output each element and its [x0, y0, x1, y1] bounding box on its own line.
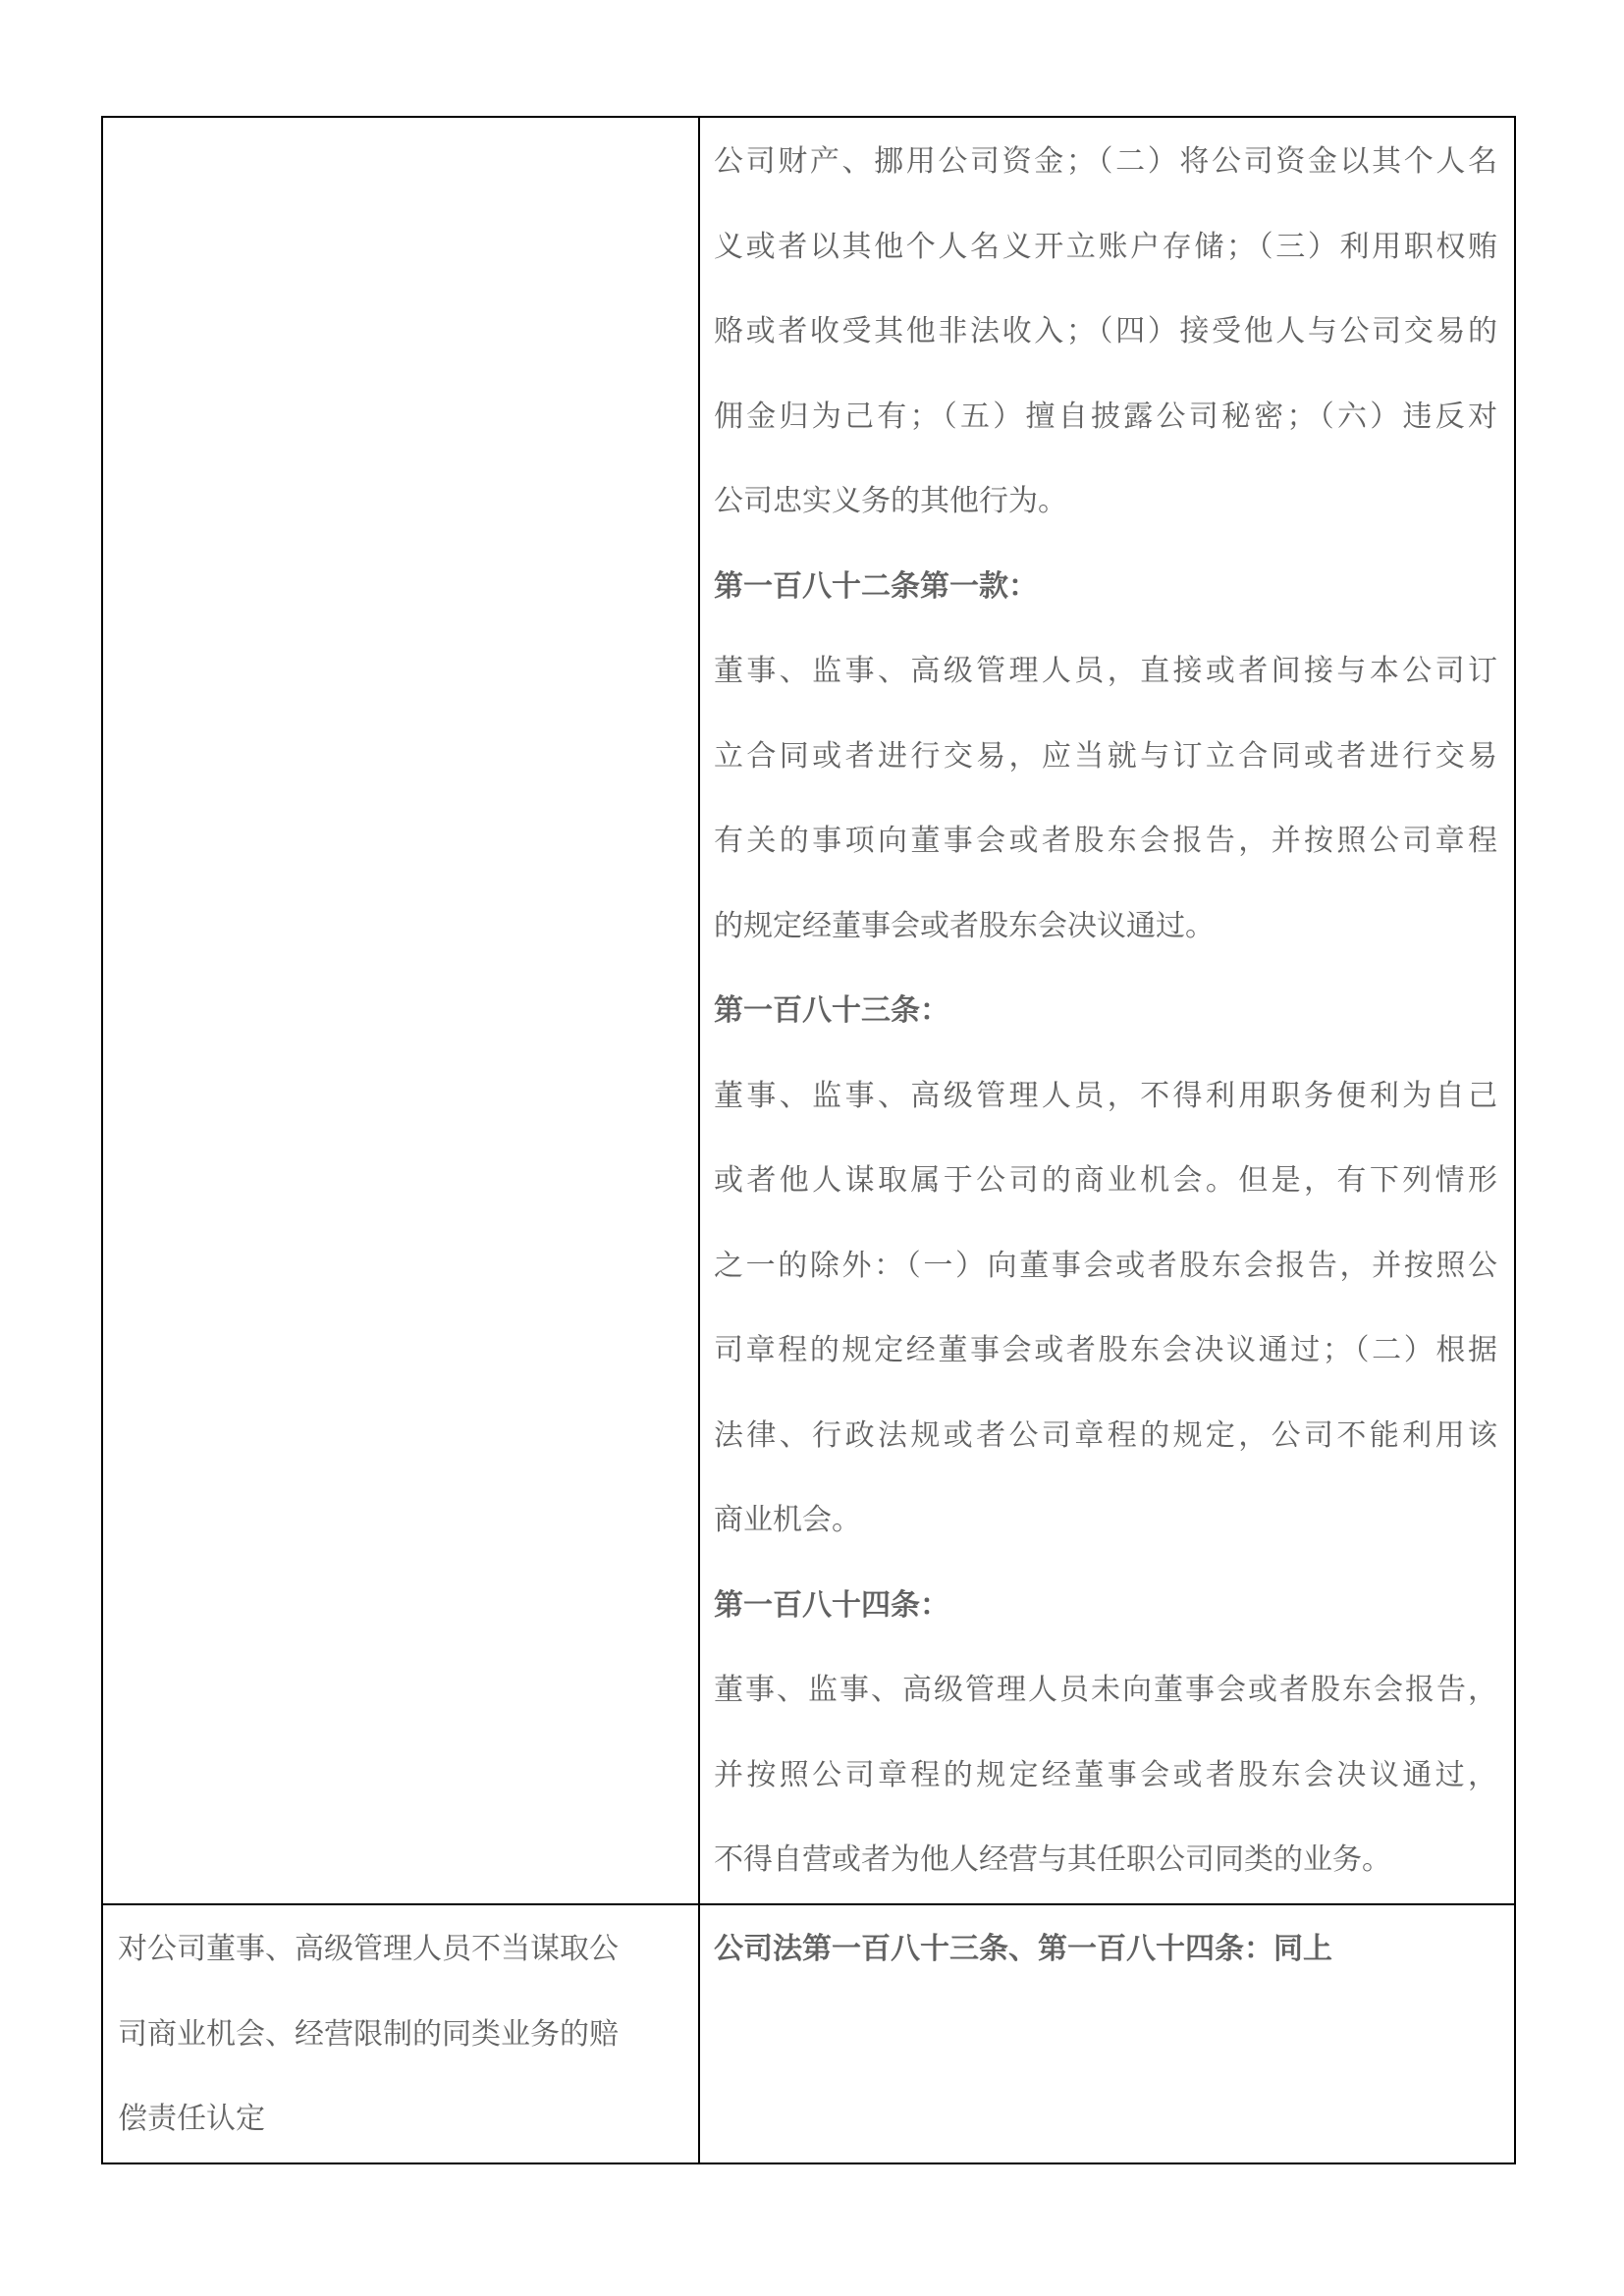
table-row: 公司财产、挪用公司资金；（二）将公司资金以其个人名 义或者以其他个人名义开立账户…: [102, 117, 1515, 1904]
heading-line: 公司法第一百八十三条、第一百八十四条：同上: [714, 1907, 1497, 1993]
table-cell-law-text: 公司法第一百八十三条、第一百八十四条：同上: [699, 1904, 1515, 2163]
text-line: 公司忠实义务的其他行为。: [714, 459, 1497, 545]
text-line: 公司财产、挪用公司资金；（二）将公司资金以其个人名: [714, 120, 1497, 205]
heading-line: 第一百八十三条：: [714, 969, 1497, 1054]
legal-comparison-table: 公司财产、挪用公司资金；（二）将公司资金以其个人名 义或者以其他个人名义开立账户…: [101, 116, 1516, 2164]
text-line: 或者他人谋取属于公司的商业机会。但是，有下列情形: [714, 1139, 1497, 1224]
paragraph: 董事、监事、高级管理人员，不得利用职务便利为自己 或者他人谋取属于公司的商业机会…: [714, 1054, 1497, 1564]
paragraph-heading: 公司法第一百八十三条、第一百八十四条：同上: [714, 1907, 1497, 1993]
paragraph: 公司财产、挪用公司资金；（二）将公司资金以其个人名 义或者以其他个人名义开立账户…: [714, 120, 1497, 545]
text-line: 董事、监事、高级管理人员，直接或者间接与本公司订: [714, 629, 1497, 715]
text-line: 法律、行政法规或者公司章程的规定，公司不能利用该: [714, 1394, 1497, 1479]
text-line: 之一的除外：（一）向董事会或者股东会报告，并按照公: [714, 1224, 1497, 1309]
text-line: 偿责任认定: [118, 2077, 683, 2163]
text-line: 司商业机会、经营限制的同类业务的赔: [118, 1993, 683, 2078]
table-cell-law-text: 公司财产、挪用公司资金；（二）将公司资金以其个人名 义或者以其他个人名义开立账户…: [699, 117, 1515, 1904]
text-line: 赂或者收受其他非法收入；（四）接受他人与公司交易的: [714, 290, 1497, 375]
table-cell-topic: 对公司董事、高级管理人员不当谋取公 司商业机会、经营限制的同类业务的赔 偿责任认…: [102, 1904, 699, 2163]
document-page: { "page": { "background_color": "#ffffff…: [0, 0, 1624, 2296]
heading-line: 第一百八十二条第一款：: [714, 545, 1497, 630]
paragraph-heading: 第一百八十四条：: [714, 1564, 1497, 1649]
text-line: 立合同或者进行交易，应当就与订立合同或者进行交易: [714, 715, 1497, 800]
text-line: 的规定经董事会或者股东会决议通过。: [714, 884, 1497, 970]
paragraph-heading: 第一百八十二条第一款：: [714, 545, 1497, 630]
paragraph: 董事、监事、高级管理人员，直接或者间接与本公司订 立合同或者进行交易，应当就与订…: [714, 629, 1497, 969]
text-line: 义或者以其他个人名义开立账户存储；（三）利用职权贿: [714, 205, 1497, 291]
paragraph-heading: 第一百八十三条：: [714, 969, 1497, 1054]
text-line: 有关的事项向董事会或者股东会报告，并按照公司章程: [714, 799, 1497, 884]
table-row: 对公司董事、高级管理人员不当谋取公 司商业机会、经营限制的同类业务的赔 偿责任认…: [102, 1904, 1515, 2163]
text-line: 商业机会。: [714, 1478, 1497, 1564]
text-line: 司章程的规定经董事会或者股东会决议通过；（二）根据: [714, 1308, 1497, 1394]
text-line: 董事、监事、高级管理人员，不得利用职务便利为自己: [714, 1054, 1497, 1140]
paragraph: 对公司董事、高级管理人员不当谋取公 司商业机会、经营限制的同类业务的赔 偿责任认…: [118, 1907, 683, 2163]
text-line: 并按照公司章程的规定经董事会或者股东会决议通过，: [714, 1734, 1497, 1819]
paragraph: 董事、监事、高级管理人员未向董事会或者股东会报告， 并按照公司章程的规定经董事会…: [714, 1648, 1497, 1903]
text-line: 不得自营或者为他人经营与其任职公司同类的业务。: [714, 1818, 1497, 1903]
text-line: 对公司董事、高级管理人员不当谋取公: [118, 1907, 683, 1993]
table-cell-topic-empty: [102, 117, 699, 1904]
heading-line: 第一百八十四条：: [714, 1564, 1497, 1649]
text-line: 佣金归为己有；（五）擅自披露公司秘密；（六）违反对: [714, 375, 1497, 460]
text-line: 董事、监事、高级管理人员未向董事会或者股东会报告，: [714, 1648, 1497, 1734]
